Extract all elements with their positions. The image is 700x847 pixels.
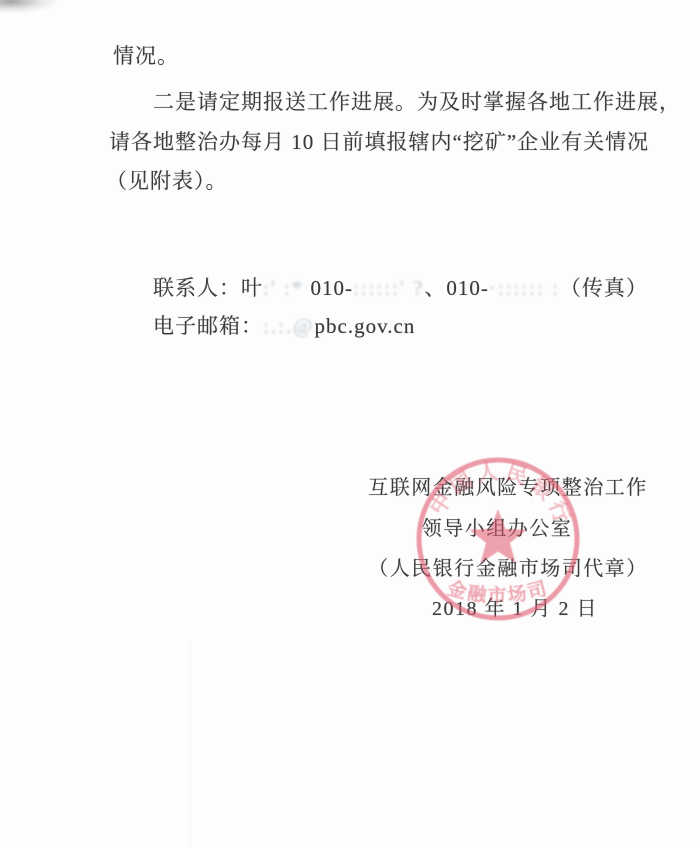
signature-date: 2018 年 1 月 2 日 [432,592,598,621]
fax-suffix: （传真） [560,276,648,300]
email-domain: pbc.gov.cn [315,314,416,338]
email-redacted: :.:.@ [263,314,315,338]
email-line: 电子邮箱：:.:.@pbc.gov.cn [153,310,415,340]
contact-line: 联系人：叶:' :* 010-::::::' ?、010-·:::::: :（传… [153,272,648,302]
body-line-4: （见附表）。 [106,165,228,195]
phone-prefix-2: 010- [446,276,489,300]
scan-line-artifact [190,640,191,847]
body-line-2: 二是请定期报送工作进展。为及时掌握各地工作进展， [153,86,681,116]
body-line-1: 情况。 [113,40,179,70]
signature-line-1: 互联网金融风险专项整治工作 [368,471,648,500]
phone-2-redacted: ·:::::: : [489,276,560,300]
contact-label: 联系人： [153,276,241,300]
email-label: 电子邮箱： [153,314,263,338]
signature-line-3: （人民银行金融市场司代章） [368,552,648,581]
phone-separator: 、 [424,276,446,300]
scan-smudge-artifact [0,0,60,14]
contact-name-redacted: :' :* [263,276,304,300]
contact-name: 叶 [241,276,263,300]
phone-prefix-1: 010- [310,276,353,300]
phone-1-redacted: ::::::' ? [353,276,424,300]
scanned-document-page: 情况。 二是请定期报送工作进展。为及时掌握各地工作进展， 请各地整治办每月 10… [0,0,700,847]
signature-line-2: 领导小组办公室 [422,512,573,541]
body-line-3: 请各地整治办每月 10 日前填报辖内“挖矿”企业有关情况 [109,126,649,156]
